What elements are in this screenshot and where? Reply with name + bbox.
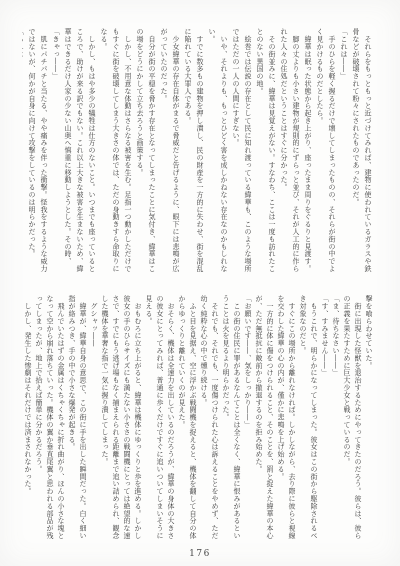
paragraph: 緯華は眠った状態から起き上がり、座ったまま周りをぐるりと見渡す。 (302, 28, 314, 276)
text-block-bottom: 撃を喰らわせていた。 街に出現した怪獣を退治するためにやってきたのだろう。彼らは… (22, 295, 374, 543)
paragraph: 「これは――」 (338, 28, 350, 276)
paragraph: すでに数多もの建物を押し潰し、民の財産を一方的に失わせ、街を混乱に陥れている大罪… (182, 28, 206, 276)
paragraph: しかし、もはや多少の犠牲は仕方のないこと。いつまでも座っているところで、助けが来… (62, 28, 98, 276)
paragraph: 緯華が、緯華自身の意思で、この街に手を出した瞬間だった。白く細い指が絡みつき、手… (66, 295, 88, 543)
paragraph: しかし、不用意な体動はさらなる被害を生む。足指一つ動かしただけでもすぐに街を破壊… (98, 28, 134, 276)
paragraph: 少女緯華の存在自体がまるで脅威だと告げるように、眼下には悲鳴が広がっていたのだっ… (158, 28, 182, 276)
paragraph: 撃を喰らわせていた。 (363, 295, 374, 543)
paragraph: その街並みに、緯華は見覚えがない。すなわち、ここは一度も訪れたことのない異国の地… (254, 28, 278, 276)
paragraph: それでも、それでも、一度傷つけられた心は訴えることをやめず、ただ幼く純粋な心の中… (198, 295, 220, 543)
paragraph: おそらく、機体は全速力を出しているのだろうが、緯華の身体の大きさの彼女にとってみ… (143, 295, 176, 543)
book-page: それらをもっともっと近づけてみれば、建物に使われているガラスや鉄骨などが破壊され… (0, 0, 400, 566)
paragraph: 「す、すみません――」 (319, 295, 330, 543)
paragraph: 飛んでいたはずの金属はくちゃくちゃに折れ曲がり、ほんの小さな塊となって空から崩れ… (33, 295, 66, 543)
paragraph: 自分が街の平穏を脅かす存在となってしまったことに気付き、緯華はこの場をどうにかし… (134, 28, 158, 276)
paragraph: 「きゃっ――」 (50, 28, 62, 276)
paragraph: 「お願いです――、気をしっかり――」 (242, 295, 253, 543)
paragraph: 街に出現した怪獣を退治するためにやってきたのだろう。彼らは、彼らの正義を果たすた… (341, 295, 363, 543)
paragraph: 肌にパチパチと当たる、やや痛みを伴った衝撃。怪我をするような威力ではないが、何か… (26, 28, 50, 276)
paragraph: おもむろに立ち上がると、緯華は機体にゆっくりと歩を進める。しかし彼女の手のひらサ… (99, 295, 143, 543)
paragraph: しかし、発生した惨劇はそれだけでは済まされなかった。 (22, 295, 33, 543)
paragraph: 「ま、待ちなさい――」 (330, 295, 341, 543)
paragraph: もうこれで、明らかになってしまった。彼女はこの街から駆除されるべき対象なのだと。 (297, 295, 319, 543)
paragraph: ふと目を見据え、空に浮かぶ戦闘機を捉えると、機体を翻して自分の体からゆっくりと離… (176, 295, 198, 543)
page-number: 176 (0, 549, 400, 559)
paragraph: すぐにこの場所から離れなければ。しかしながら、去り際に彼らと視線を交わした緯華の… (275, 295, 297, 543)
paragraph: 脚の丈よりも小さい建物が規則的にずらっと並び、それが人工的に作られた人々の住処だ… (278, 28, 302, 276)
paragraph: この街の住民に罪があるなんてことは全くなく、緯華に恨みがあるということは火を見る… (220, 295, 242, 543)
paragraph: それらをもっともっと近づけてみれば、建物に使われているガラスや鉄骨などが破壊され… (350, 28, 374, 276)
paragraph: 一方的に体に傷をつけられること、そのことを、罰と捉えた緯華の本心が、ただ無抵抗に… (253, 295, 275, 543)
paragraph: 絵巻では伝説の存在として民に知れ渡っている緯華も、このような場所ではただの一人の… (230, 28, 254, 276)
text-block-top: それらをもっともっと近づけてみれば、建物に使われているガラスや鉄骨などが破壊され… (22, 28, 374, 276)
paragraph: いや、それよりも、もっとひどく害を成しかねない存在なのかもしれない。 (206, 28, 230, 276)
paragraph: 手のひらを軽く握るだけで壊してしまったものの、それらが街の中でよく見かけるものだ… (314, 28, 338, 276)
paragraph: グシャッ―― (88, 295, 99, 543)
